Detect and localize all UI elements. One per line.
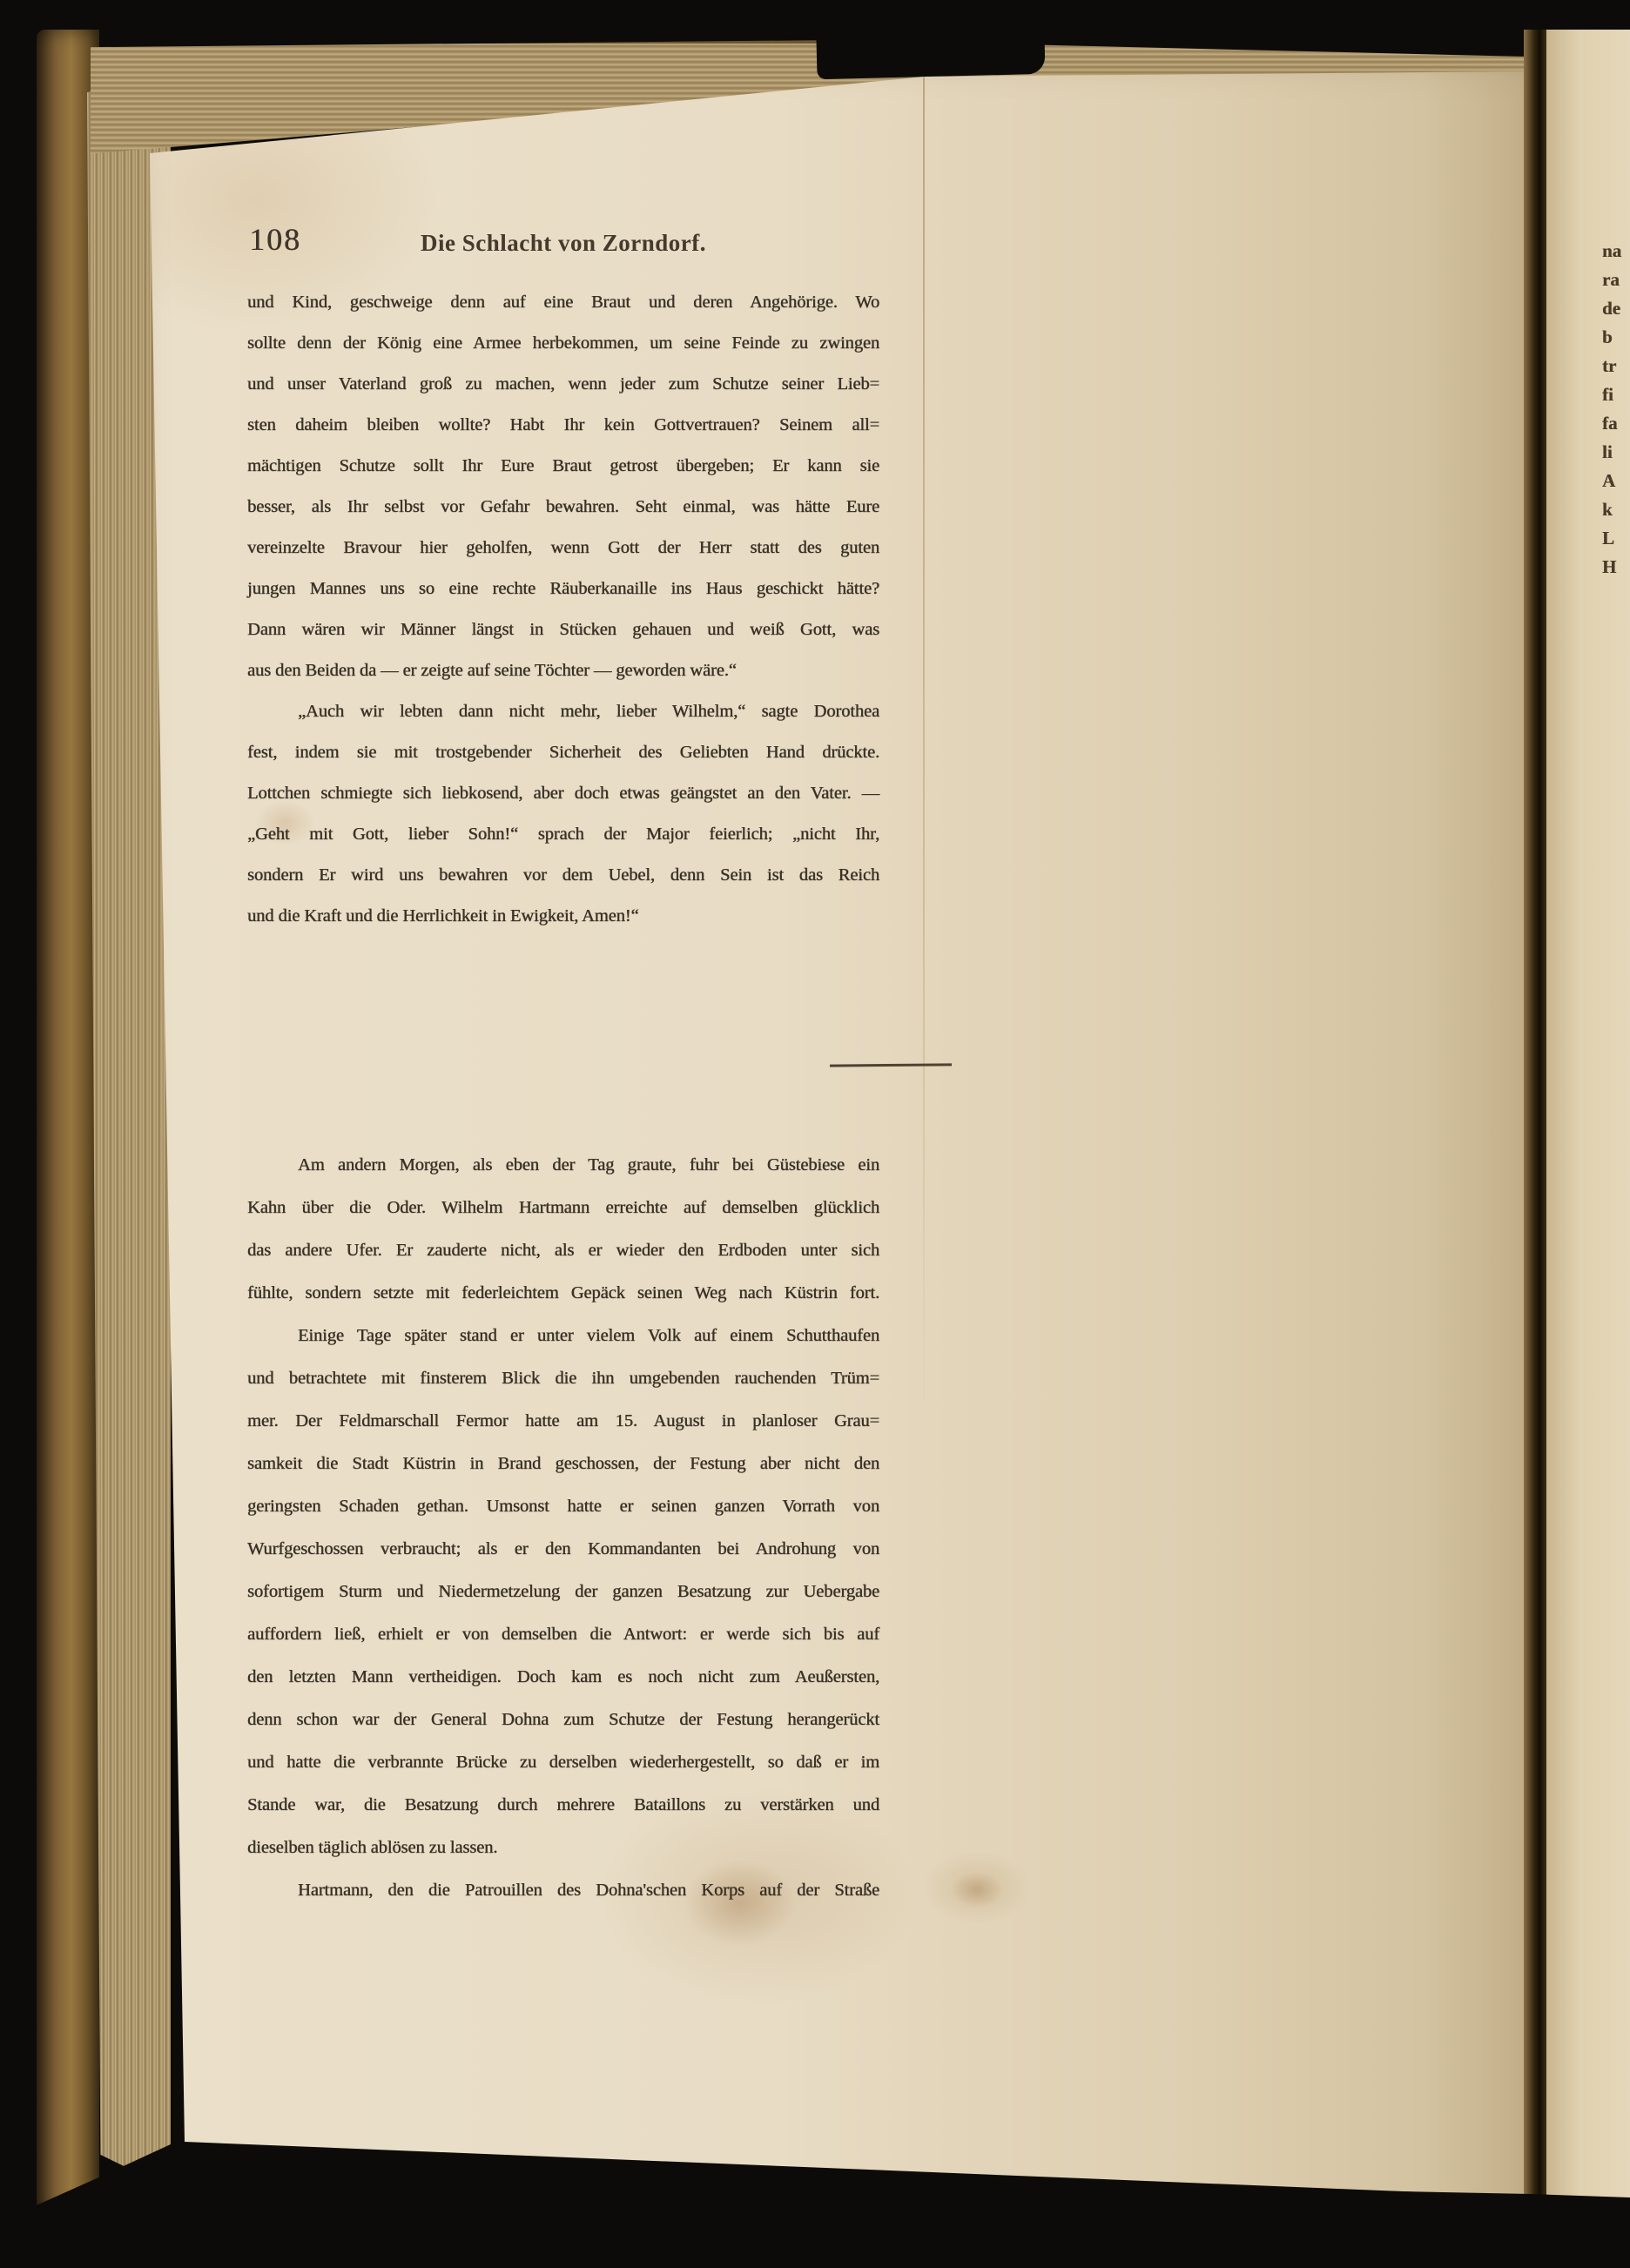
text-line: und Kind, geschweige denn auf eine Braut…	[247, 282, 879, 323]
text-line: und unser Vaterland groß zu machen, wenn…	[247, 364, 879, 405]
text-line: sondern Er wird uns bewahren vor dem Ueb…	[247, 855, 879, 896]
text-line: Wurfgeschossen verbraucht; als er den Ko…	[247, 1528, 879, 1571]
text-fragment: k	[1602, 495, 1630, 524]
text-line: Am andern Morgen, als eben der Tag graut…	[247, 1144, 879, 1187]
paragraph: und Kind, geschweige denn auf eine Braut…	[247, 282, 879, 691]
text-section: und Kind, geschweige denn auf eine Braut…	[247, 282, 879, 937]
text-line: geringsten Schaden gethan. Umsonst hatte…	[247, 1485, 879, 1528]
text-line: Lottchen schmiegte sich liebkosend, aber…	[247, 773, 879, 814]
text-fragment: de	[1602, 294, 1630, 323]
text-fragment: fa	[1602, 409, 1630, 438]
background-gap	[816, 32, 1045, 79]
paragraph: „Auch wir lebten dann nicht mehr, lieber…	[247, 691, 879, 937]
text-line: denn schon war der General Dohna zum Sch…	[247, 1699, 879, 1741]
text-fragment: ra	[1602, 266, 1630, 294]
text-line: den letzten Mann vertheidigen. Doch kam …	[247, 1656, 879, 1699]
text-fragment: tr	[1602, 352, 1630, 380]
text-line: vereinzelte Bravour hier geholfen, wenn …	[247, 528, 879, 569]
text-line: „Auch wir lebten dann nicht mehr, lieber…	[247, 691, 879, 732]
text-fragment: na	[1602, 237, 1630, 266]
facing-page-sliver: naradebtrfifaliAkLH	[1546, 30, 1630, 2268]
text-line: und hatte die verbrannte Brücke zu derse…	[247, 1741, 879, 1784]
text-fragment: li	[1602, 438, 1630, 467]
text-line: jungen Mannes uns so eine rechte Räuberk…	[247, 569, 879, 609]
photograph-of-book-page: { "colors": { "paper": "#e8dcc5", "ink":…	[0, 0, 1630, 2268]
text-fragment: L	[1602, 524, 1630, 553]
paragraph: Hartmann, den die Patrouillen des Dohna'…	[247, 1869, 879, 1912]
gutter-shadow	[1524, 30, 1546, 2268]
text-line: mächtigen Schutze sollt Ihr Eure Braut g…	[247, 446, 879, 487]
text-line: Hartmann, den die Patrouillen des Dohna'…	[247, 1869, 879, 1912]
text-line: sten daheim bleiben wollte? Habt Ihr kei…	[247, 405, 879, 446]
running-head: Die Schlacht von Zorndorf.	[247, 230, 879, 257]
text-section: Am andern Morgen, als eben der Tag graut…	[247, 1144, 879, 1912]
paragraph: Am andern Morgen, als eben der Tag graut…	[247, 1144, 879, 1315]
book-page: 108 Die Schlacht von Zorndorf. und Kind,…	[150, 50, 1531, 2197]
text-line: Kahn über die Oder. Wilhelm Hartmann err…	[247, 1187, 879, 1229]
text-line: und die Kraft und die Herrlichkeit in Ew…	[247, 896, 879, 937]
text-line: samkeit die Stadt Küstrin in Brand gesch…	[247, 1443, 879, 1485]
paper-stain	[951, 1872, 1003, 1908]
text-fragment: fi	[1602, 380, 1630, 409]
text-line: das andere Ufer. Er zauderte nicht, als …	[247, 1229, 879, 1272]
paragraph: Einige Tage später stand er unter vielem…	[247, 1315, 879, 1869]
text-line: und betrachtete mit finsterem Blick die …	[247, 1357, 879, 1400]
text-fragment: A	[1602, 467, 1630, 495]
page-edge-line	[923, 75, 925, 1433]
text-line: Einige Tage später stand er unter vielem…	[247, 1315, 879, 1357]
text-line: „Geht mit Gott, lieber Sohn!“ sprach der…	[247, 814, 879, 855]
text-line: sollte denn der König eine Armee herbeko…	[247, 323, 879, 364]
facing-page-text-fragments: naradebtrfifaliAkLH	[1602, 237, 1630, 582]
text-line: besser, als Ihr selbst vor Gefahr bewahr…	[247, 487, 879, 528]
text-line: Dann wären wir Männer längst in Stücken …	[247, 609, 879, 650]
text-fragment: H	[1602, 553, 1630, 582]
text-line: Stande war, die Besatzung durch mehrere …	[247, 1784, 879, 1827]
section-divider	[830, 1063, 952, 1067]
text-line: mer. Der Feldmarschall Fermor hatte am 1…	[247, 1400, 879, 1443]
text-line: fühlte, sondern setzte mit federleichtem…	[247, 1272, 879, 1315]
text-line: aus den Beiden da — er zeigte auf seine …	[247, 650, 879, 691]
text-line: fest, indem sie mit trostgebender Sicher…	[247, 732, 879, 773]
text-line: dieselben täglich ablösen zu lassen.	[247, 1827, 879, 1869]
text-line: auffordern ließ, erhielt er von demselbe…	[247, 1613, 879, 1656]
text-fragment: b	[1602, 323, 1630, 352]
text-line: sofortigem Sturm und Niedermetzelung der…	[247, 1571, 879, 1613]
